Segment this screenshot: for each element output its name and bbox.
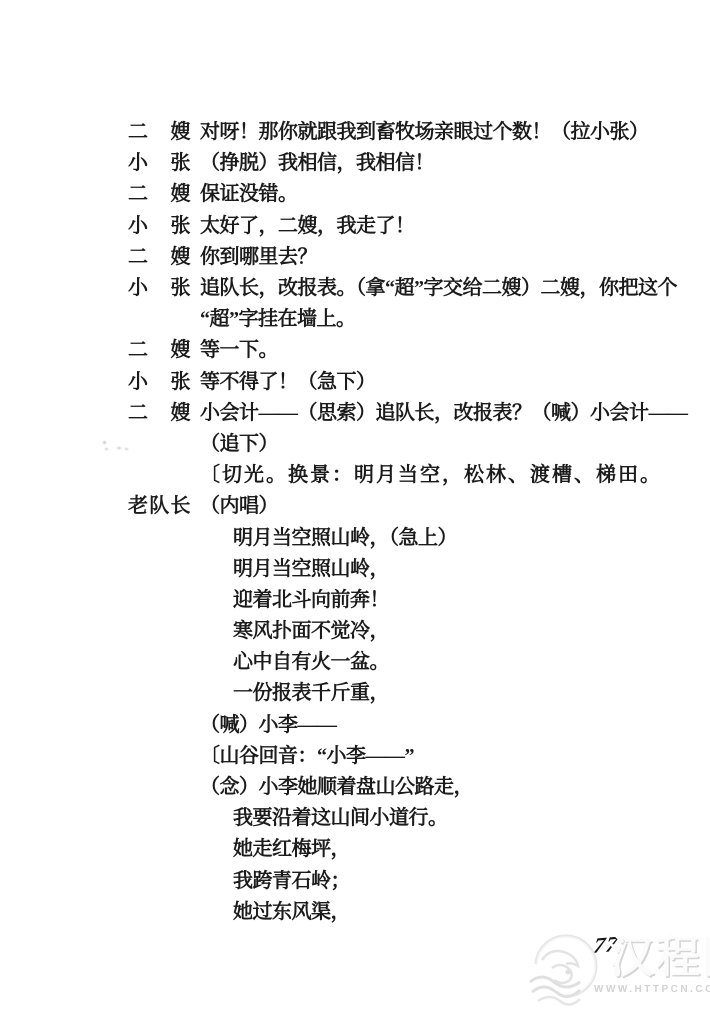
script-line: （念）小李她顺着盘山公路走， <box>0 769 710 800</box>
script-line: 迎着北斗向前奔！ <box>0 582 710 613</box>
speaker-name: 二嫂 <box>128 177 190 206</box>
script-line: 小张追队长，改报表。（拿“超”字交给二嫂）二嫂，你把这个 <box>0 270 710 301</box>
speaker-char: 张 <box>171 271 191 300</box>
script-line: 她过东风渠， <box>0 894 710 925</box>
dialogue-text: 保证没错。 <box>200 177 298 206</box>
script-text: 她过东风渠， <box>233 895 350 924</box>
watermark-site-name: 汉程网 <box>610 936 710 980</box>
speaker-char: 嫂 <box>171 240 191 269</box>
watermark-site-url: WWW.HTTPCN.COM <box>594 984 710 995</box>
script-line: 寒风扑面不觉冷， <box>0 613 710 644</box>
dialogue-text: 你到哪里去？ <box>200 240 317 269</box>
script-text: 明月当空照山岭，（急上） <box>233 521 457 550</box>
speaker-char: 二 <box>128 396 148 425</box>
script-text: 心中自有火一盆。 <box>233 645 389 674</box>
script-text: （追下） <box>200 427 278 456</box>
speaker-char: 小 <box>128 271 148 300</box>
script-line: 心中自有火一盆。 <box>0 644 710 675</box>
speaker-name: 老队长 <box>128 489 190 518</box>
script-line: 二嫂保证没错。 <box>0 176 710 207</box>
script-line: 明月当空照山岭， <box>0 551 710 582</box>
script-line: （喊）小李—— <box>0 707 710 738</box>
speaker-name: 小张 <box>128 271 190 300</box>
script-text: “超”字挂在墙上。 <box>200 302 356 331</box>
speaker-char: 队 <box>149 489 169 518</box>
dialogue-text: 太好了，二嫂，我走了！ <box>200 209 415 238</box>
speaker-name: 二嫂 <box>128 333 190 362</box>
script-text: 〔切光。换景：明月当空，松林、渡槽、梯田。 <box>200 458 662 487</box>
speaker-char: 二 <box>128 240 148 269</box>
script-line: 二嫂你到哪里去？ <box>0 239 710 270</box>
script-text-block: 二嫂对呀！那你就跟我到畜牧场亲眼过个数！（拉小张）小张（挣脱）我相信，我相信！二… <box>0 114 710 925</box>
script-line: 二嫂等一下。 <box>0 332 710 363</box>
script-text: 我要沿着这山间小道行。 <box>233 801 448 830</box>
script-line: 〔切光。换景：明月当空，松林、渡槽、梯田。 <box>0 457 710 488</box>
dialogue-text: （挣脱）我相信，我相信！ <box>200 146 434 175</box>
script-text: 迎着北斗向前奔！ <box>233 583 389 612</box>
script-line: 二嫂小会计——（思索）追队长，改报表？（喊）小会计—— <box>0 395 710 426</box>
script-line: 小张等不得了！（急下） <box>0 364 710 395</box>
speaker-char: 嫂 <box>171 177 191 206</box>
speaker-char: 小 <box>128 146 148 175</box>
speaker-char: 小 <box>128 209 148 238</box>
speaker-char: 张 <box>171 146 191 175</box>
speaker-char: 嫂 <box>171 333 191 362</box>
speaker-char: 小 <box>128 365 148 394</box>
speaker-char: 张 <box>171 365 191 394</box>
script-line: 老队长（内唱） <box>0 488 710 519</box>
script-text: （喊）小李—— <box>200 708 337 737</box>
script-text: 她走红梅坪， <box>233 832 350 861</box>
script-line: 小张太好了，二嫂，我走了！ <box>0 208 710 239</box>
script-text: 明月当空照山岭， <box>233 552 389 581</box>
speaker-name: 二嫂 <box>128 240 190 269</box>
script-line: 一份报表千斤重， <box>0 675 710 706</box>
script-text: 一份报表千斤重， <box>233 676 389 705</box>
speaker-name: 二嫂 <box>128 396 190 425</box>
speaker-char: 张 <box>171 209 191 238</box>
script-text: 〔山谷回音：“小李——” <box>200 739 414 768</box>
speaker-name: 小张 <box>128 209 190 238</box>
speaker-name: 二嫂 <box>128 115 190 144</box>
script-text: 我跨青石岭； <box>233 864 350 893</box>
script-line: 〔山谷回音：“小李——” <box>0 738 710 769</box>
script-line: 我要沿着这山间小道行。 <box>0 800 710 831</box>
speaker-char: 嫂 <box>171 396 191 425</box>
speaker-char: 二 <box>128 177 148 206</box>
speaker-char: 老 <box>128 489 148 518</box>
speaker-char: 长 <box>171 489 191 518</box>
scanned-script-page: 二嫂对呀！那你就跟我到畜牧场亲眼过个数！（拉小张）小张（挣脱）我相信，我相信！二… <box>0 0 710 1014</box>
dialogue-text: 小会计——（思索）追队长，改报表？（喊）小会计—— <box>200 396 688 425</box>
speaker-name: 小张 <box>128 146 190 175</box>
script-line: 我跨青石岭； <box>0 863 710 894</box>
script-line: 小张（挣脱）我相信，我相信！ <box>0 145 710 176</box>
script-line: “超”字挂在墙上。 <box>0 301 710 332</box>
script-line: 她走红梅坪， <box>0 831 710 862</box>
dialogue-text: 对呀！那你就跟我到畜牧场亲眼过个数！（拉小张） <box>200 115 649 144</box>
script-text: 寒风扑面不觉冷， <box>233 614 389 643</box>
script-line: 明月当空照山岭，（急上） <box>0 519 710 550</box>
speaker-char: 嫂 <box>171 115 191 144</box>
dialogue-text: （内唱） <box>200 489 278 518</box>
speaker-char: 二 <box>128 115 148 144</box>
speaker-char: 二 <box>128 333 148 362</box>
dialogue-text: 等一下。 <box>200 333 278 362</box>
dialogue-text: 追队长，改报表。（拿“超”字交给二嫂）二嫂，你把这个 <box>200 271 677 300</box>
script-line: 二嫂对呀！那你就跟我到畜牧场亲眼过个数！（拉小张） <box>0 114 710 145</box>
speaker-name: 小张 <box>128 365 190 394</box>
dialogue-text: 等不得了！（急下） <box>200 365 376 394</box>
scan-smudge <box>103 440 129 452</box>
page-number: 77 <box>592 931 621 959</box>
script-text: （念）小李她顺着盘山公路走， <box>200 770 473 799</box>
